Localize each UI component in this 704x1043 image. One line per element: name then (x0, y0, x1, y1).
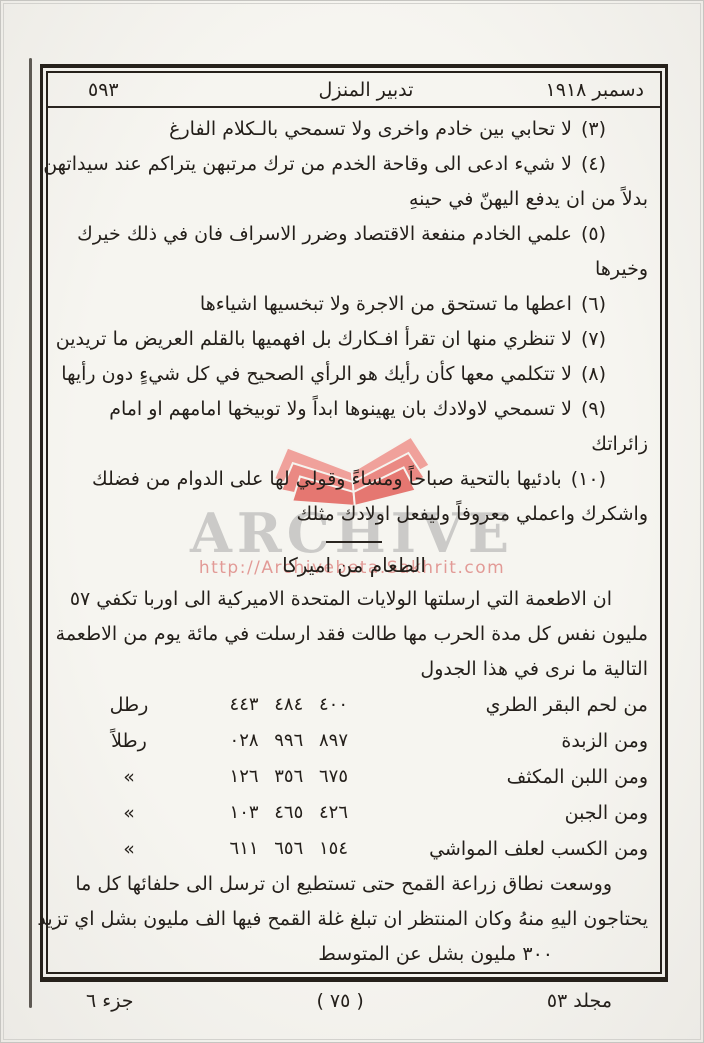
list-item-10-cont: واشكرك واعملي معروفاً وليفعل اولادك مثلك (60, 497, 648, 532)
section-divider (60, 532, 648, 550)
list-item-6: (٦)اعطها ما تستحق من الاجرة ولا تبخسيها … (60, 287, 648, 322)
table-row: ومن الزبدة رطلاً٠٢٨ ٩٩٦ ٨٩٧ (60, 723, 648, 759)
page-spine-edge (29, 58, 32, 1008)
item-text: علمي الخادم منفعة الاقتصاد وضرر الاسراف … (77, 223, 572, 245)
list-item-9: (٩)لا تسمحي لاولادك بان يهينوها ابداً ول… (60, 392, 648, 427)
item-number: (٦) (581, 293, 606, 315)
list-item-7: (٧)لا تنظري منها ان تقرأ افـكارك بل افهم… (60, 322, 648, 357)
list-item-3: (٣)لا تحابي بين خادم واخرى ولا تسمحي بال… (60, 112, 648, 147)
closing-line: ٣٠٠ مليون بشل عن المتوسط (60, 937, 648, 972)
item-number: (٣) (581, 118, 606, 140)
ditto-mark: « (108, 759, 150, 795)
item-text: بدلاً من ان يدفع اليهنّ في حينهِ (409, 188, 648, 210)
ditto-mark: « (108, 795, 150, 831)
item-number: (٥) (581, 223, 606, 245)
table-row: ومن اللبن المكثف «١٢٦ ٣٥٦ ٦٧٥ (60, 759, 648, 795)
list-item-5-cont: وخيرها (60, 252, 648, 287)
food-label: ومن الزبدة (561, 723, 648, 759)
item-number: (٩) (581, 398, 606, 420)
page-body: (٣)لا تحابي بين خادم واخرى ولا تسمحي بال… (48, 108, 660, 972)
item-number: (٧) (581, 328, 606, 350)
quantity-value: ٤٤٣ ٤٨٤ ٤٠٠ (230, 687, 348, 723)
quantity-value: ١٢٦ ٣٥٦ ٦٧٥ (230, 759, 348, 795)
ditto-mark: « (108, 831, 150, 867)
scanned-magazine-page: ARCHIVE http://Archivebeta.Sakhrit.com د… (0, 0, 704, 1043)
issue-date: دسمبر ١٩١٨ (465, 79, 644, 101)
food-label: ومن الجبن (565, 795, 648, 831)
page-footer: مجلد ٥٣ ( ٧٥ ) جزء ٦ (40, 990, 668, 1012)
closing-line: ووسعت نطاق زراعة القمح حتى تستطيع ان ترس… (60, 867, 648, 902)
footer-page-number: ( ٧٥ ) (316, 990, 363, 1012)
food-quantity: رطل٤٤٣ ٤٨٤ ٤٠٠ (108, 687, 348, 723)
food-quantity: رطلاً٠٢٨ ٩٩٦ ٨٩٧ (108, 723, 348, 759)
food-label: من لحم البقر الطري (486, 687, 648, 723)
divider-rule (326, 541, 382, 543)
unit-label: رطل (108, 687, 150, 723)
volume-label: مجلد ٥٣ (547, 990, 612, 1012)
table-row: من لحم البقر الطري رطل٤٤٣ ٤٨٤ ٤٠٠ (60, 687, 648, 723)
list-item-8: (٨)لا تتكلمي معها كأن رأيك هو الرأي الصح… (60, 357, 648, 392)
list-item-10: (١٠)بادئيها بالتحية صباحاً ومساءً وقولي … (60, 462, 648, 497)
intro-line: مليون نفس كل مدة الحرب مها طالت فقد ارسل… (60, 617, 648, 652)
intro-line: التالية ما نرى في هذا الجدول (60, 652, 648, 687)
page-frame: دسمبر ١٩١٨ تدبير المنزل ٥٩٣ (٣)لا تحابي … (40, 64, 668, 982)
quantity-value: ٠٢٨ ٩٩٦ ٨٩٧ (230, 723, 348, 759)
item-text: لا تسمحي لاولادك بان يهينوها ابداً ولا ت… (109, 398, 572, 420)
item-text: اعطها ما تستحق من الاجرة ولا تبخسيها اشي… (200, 293, 572, 315)
item-number: (١٠) (571, 468, 606, 490)
page-number: ٥٩٣ (88, 79, 267, 101)
table-row: ومن الجبن «١٠٣ ٤٦٥ ٤٢٦ (60, 795, 648, 831)
page-header: دسمبر ١٩١٨ تدبير المنزل ٥٩٣ (48, 73, 660, 108)
item-text: بادئيها بالتحية صباحاً ومساءً وقولي لها … (92, 468, 562, 490)
quantity-value: ١٠٣ ٤٦٥ ٤٢٦ (230, 795, 348, 831)
list-item-5: (٥)علمي الخادم منفعة الاقتصاد وضرر الاسر… (60, 217, 648, 252)
item-text: وخيرها (595, 258, 648, 280)
item-text: لا تحابي بين خادم واخرى ولا تسمحي بالـكل… (169, 118, 572, 140)
food-label: ومن الكسب لعلف المواشي (429, 831, 648, 867)
list-item-9-cont: زائراتك (60, 427, 648, 462)
page-title: تدبير المنزل (267, 79, 464, 101)
quantity-value: ٦١١ ٦٥٦ ١٥٤ (230, 831, 348, 867)
section-title: الطعام من اميركا (60, 550, 648, 582)
part-label: جزء ٦ (86, 990, 133, 1012)
closing-line: يحتاجون اليهِ منهُ وكان المنتظر ان تبلغ … (60, 902, 648, 937)
list-item-4-cont: بدلاً من ان يدفع اليهنّ في حينهِ (60, 182, 648, 217)
item-text: لا تنظري منها ان تقرأ افـكارك بل افهميها… (56, 328, 572, 350)
food-label: ومن اللبن المكثف (507, 759, 648, 795)
item-text: واشكرك واعملي معروفاً وليفعل اولادك مثلك (297, 503, 648, 525)
unit-label: رطلاً (108, 723, 150, 759)
item-text: زائراتك (591, 433, 648, 455)
food-quantity: «١٠٣ ٤٦٥ ٤٢٦ (108, 795, 348, 831)
list-item-4: (٤)لا شيء ادعى الى وقاحة الخدم من ترك مر… (60, 147, 648, 182)
item-text: لا شيء ادعى الى وقاحة الخدم من ترك مرتبه… (43, 153, 572, 175)
food-quantity: «٦١١ ٦٥٦ ١٥٤ (108, 831, 348, 867)
page-frame-inner: دسمبر ١٩١٨ تدبير المنزل ٥٩٣ (٣)لا تحابي … (46, 71, 662, 974)
intro-line: ان الاطعمة التي ارسلتها الولايات المتحدة… (60, 582, 648, 617)
item-number: (٤) (581, 153, 606, 175)
table-row: ومن الكسب لعلف المواشي «٦١١ ٦٥٦ ١٥٤ (60, 831, 648, 867)
item-number: (٨) (581, 363, 606, 385)
item-text: لا تتكلمي معها كأن رأيك هو الرأي الصحيح … (61, 363, 572, 385)
food-quantity: «١٢٦ ٣٥٦ ٦٧٥ (108, 759, 348, 795)
